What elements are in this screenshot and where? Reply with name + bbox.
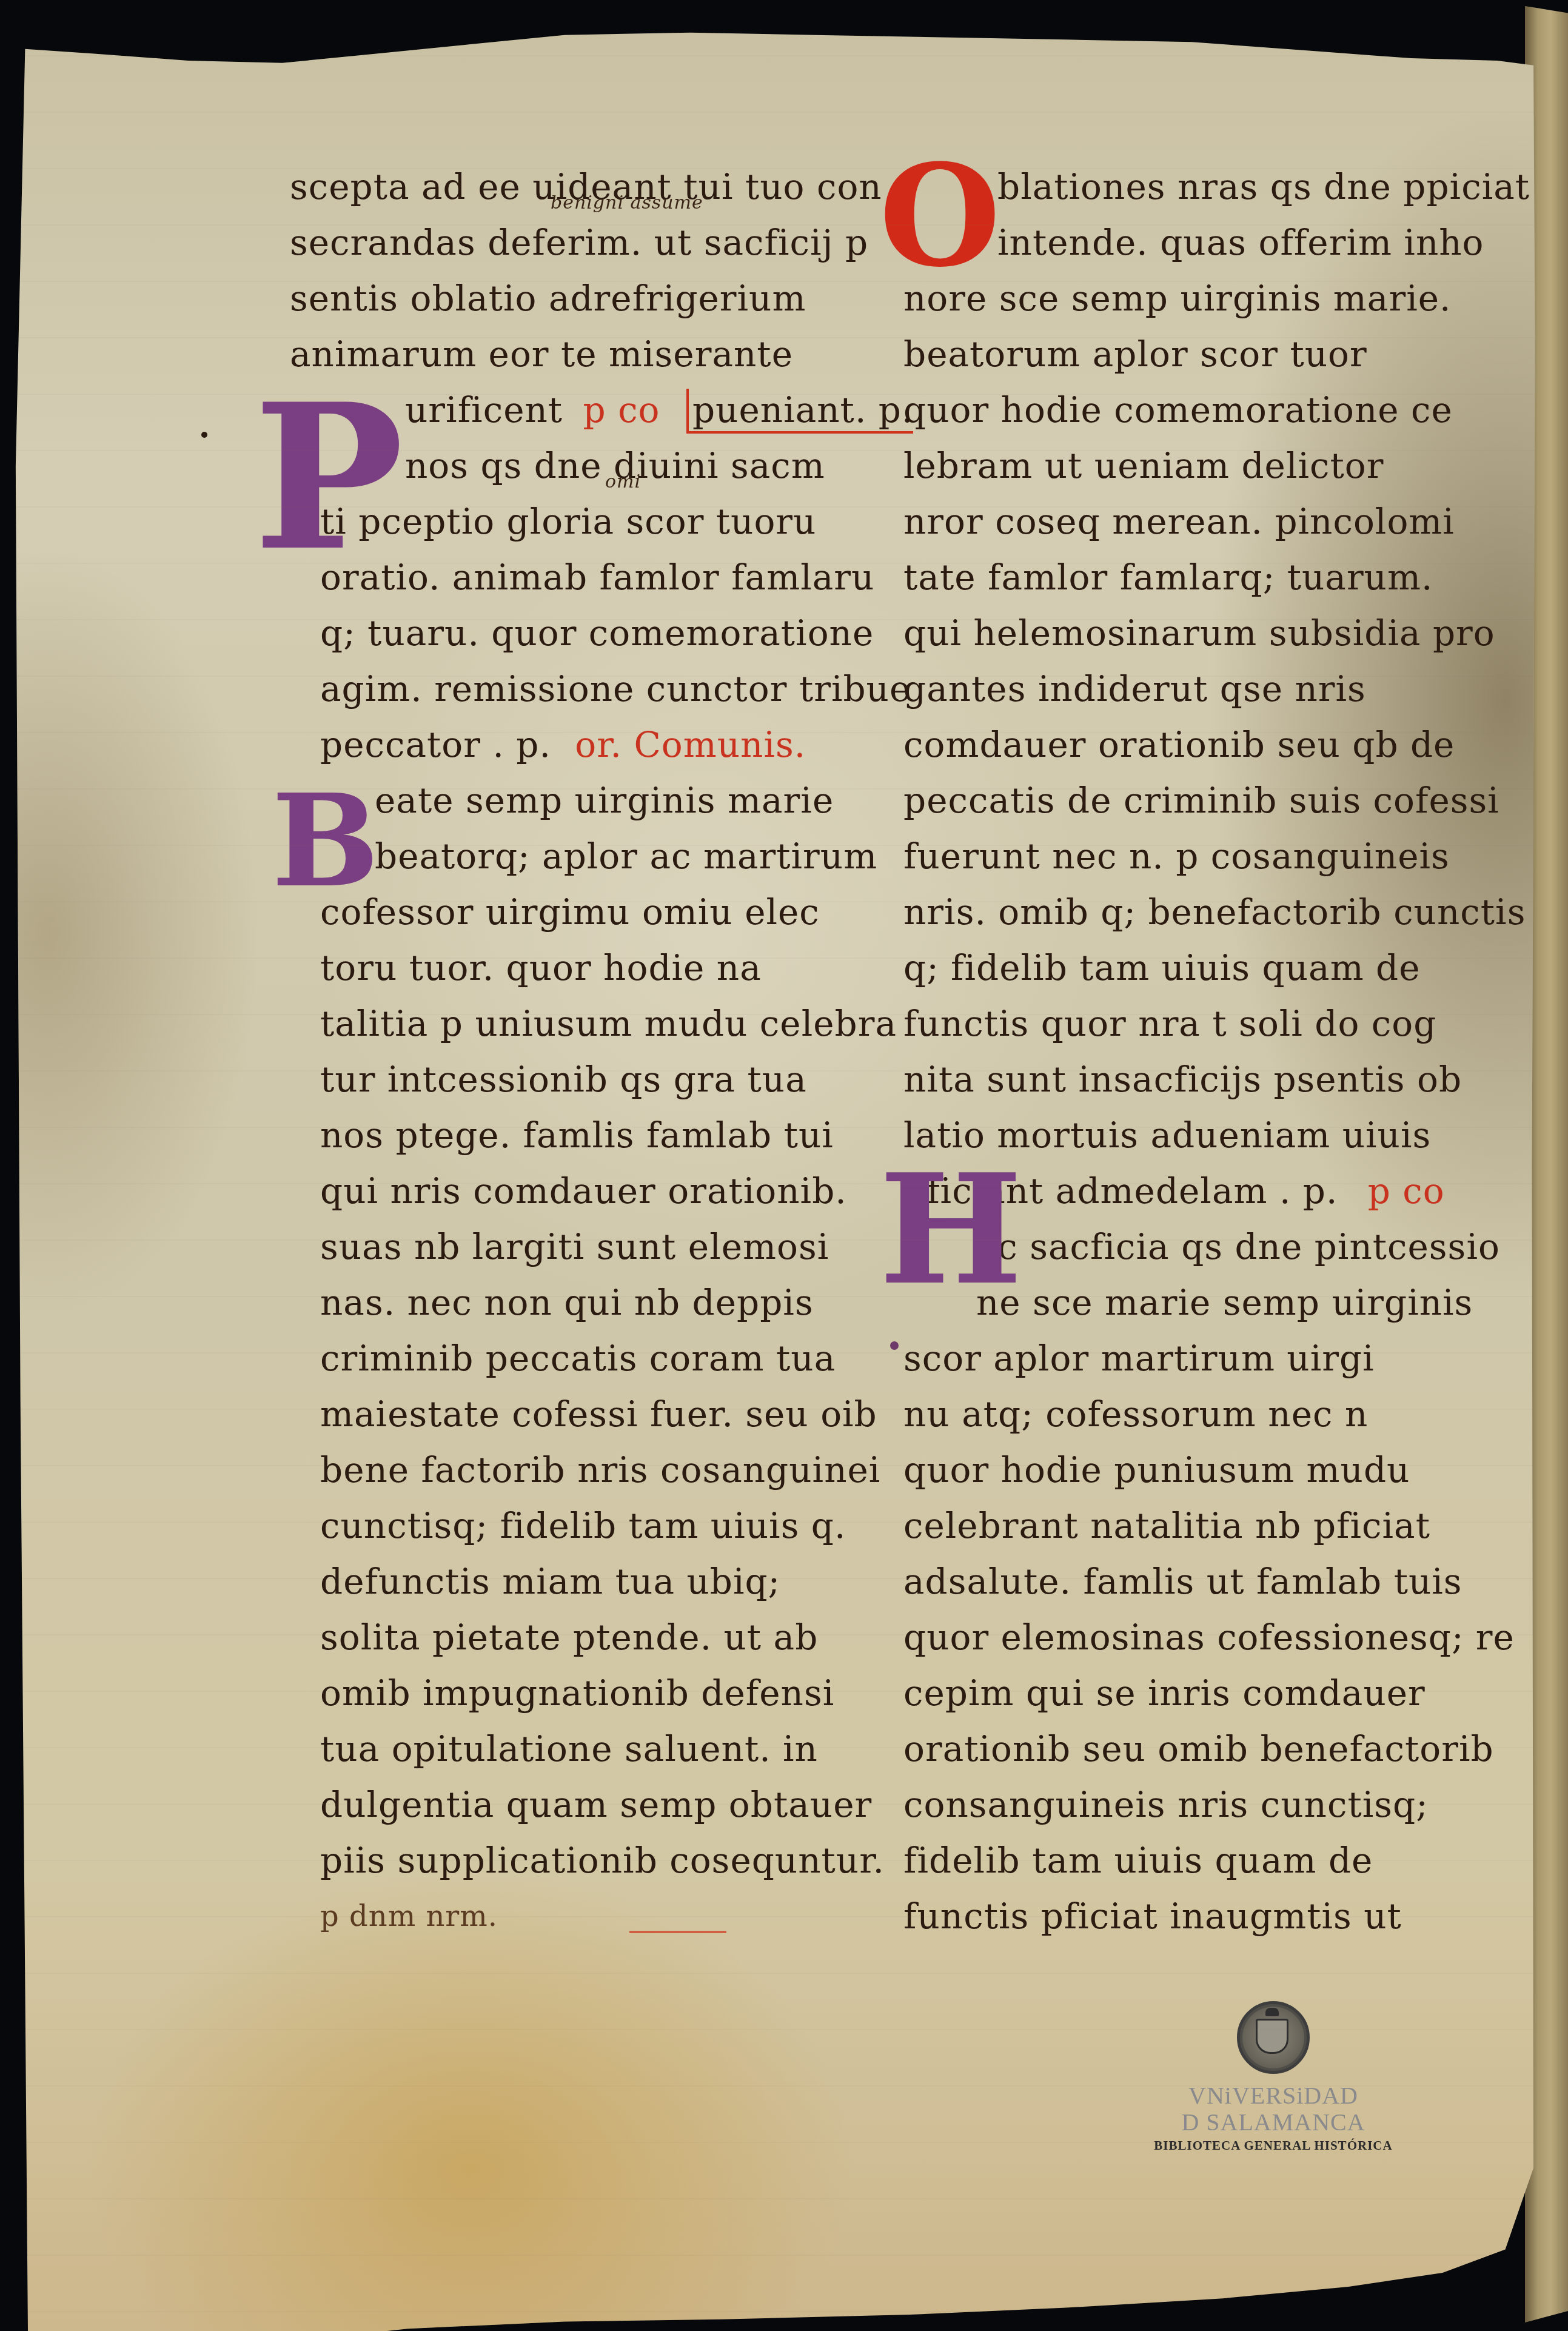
decorated-initial-p: P [253,377,404,577]
text-line: benigni assume secrandas deferim. ut sac… [290,215,848,270]
decorated-initial-b: B [272,777,380,905]
text-line: bene factorib nris cosanguinei [290,1442,848,1498]
text-line: cepim qui se inris comdauer [903,1665,1467,1721]
right-column: blationes nras qs dne ppiciat intende. q… [903,159,1467,1944]
text-line: pficiant admedelam . p. p co [903,1163,1467,1219]
marginal-dot-mark [201,432,207,438]
text-line: tua opitulatione saluent. in [290,1721,848,1777]
text-line: nore sce semp uirginis marie. [903,270,1467,326]
decorated-initial-h: H [879,1153,1023,1305]
rubric-boxed-text: pueniant. p. [686,389,913,434]
university-seal-icon [1237,2001,1310,2074]
text-line: ne sce marie semp uirginis [903,1275,1467,1330]
text-line: peccatis de criminib suis cofessi [903,773,1467,828]
library-watermark: VNiVERSiDAD D SALAMANCA BIBLIOTECA GENER… [1128,2001,1419,2153]
rubric: p co [1368,1163,1445,1219]
text-line: lebram ut ueniam delictor [903,438,1467,494]
marginal-dot-mark [890,1341,899,1350]
text-line: peccator . p. or. Comunis. [290,717,848,773]
parchment-folio: scepta ad ee uideant tui tuo con benigni… [0,0,1568,2331]
text-line: scor aplor martirum uirgi [903,1330,1467,1386]
text-line: scepta ad ee uideant tui tuo con [290,159,848,215]
text-line: quor hodie comemoratione ce [903,382,1467,438]
text-line: dulgentia quam semp obtauer [290,1777,848,1833]
text-line: nos qs dne diuini sacm [290,438,848,494]
text-line: fuerunt nec n. p cosanguineis [903,828,1467,884]
rubric: or. Comunis. [575,717,806,773]
text-line: nas. nec non qui nb deppis [290,1275,848,1330]
text-line: cofessor uirgimu omiu elec [290,884,848,940]
text-line: functis quor nra t soli do cog [903,996,1467,1051]
text-line: fidelib tam uiuis quam de [903,1833,1467,1888]
text-line: urificent p co pueniant. p. [290,382,848,438]
watermark-library: BIBLIOTECA GENERAL HISTÓRICA [1128,2138,1419,2153]
text-line: nu atq; cofessorum nec n [903,1386,1467,1442]
left-column: scepta ad ee uideant tui tuo con benigni… [290,159,848,1944]
text-line: talitia p uniusum mudu celebra [290,996,848,1051]
text-line: solita pietate ptende. ut ab [290,1609,848,1665]
text-line: intende. quas offerim inho [903,215,1467,270]
text-line: orationib seu omib benefactorib [903,1721,1467,1777]
text-line: q; tuaru. quor comemoratione [290,605,848,661]
text-line: cunctisq; fidelib tam uiuis q. [290,1498,848,1554]
text-line: beatorq; aplor ac martirum [290,828,848,884]
text-line: quor hodie puniusum mudu [903,1442,1467,1498]
rubric-flourish [629,1931,726,1933]
text-line: qui helemosinarum subsidia pro [903,605,1467,661]
text-line: oratio. animab famlor famlaru [290,549,848,605]
text-line: animarum eor te miserante [290,326,848,382]
text-line: piis supplicationib cosequntur. [290,1833,848,1888]
text-line: functis pficiat inaugmtis ut [903,1888,1467,1944]
text-line: nita sunt insacficijs psentis ob [903,1051,1467,1107]
text-line: omib impugnationib defensi [290,1665,848,1721]
text-line: nos ptege. famlis famlab tui [290,1107,848,1163]
decorated-initial-o: O [879,147,1001,286]
text-line: q; fidelib tam uiuis quam de [903,940,1467,996]
text-line: suas nb largiti sunt elemosi [290,1219,848,1275]
text-line: toru tuor. quor hodie na [290,940,848,996]
text-line: gantes indiderut qse nris [903,661,1467,717]
text-line: latio mortuis adueniam uiuis [903,1107,1467,1163]
seal-shield-icon [1256,2019,1288,2054]
text-line: p dnm nrm. [290,1888,848,1944]
interlinear-gloss: benigni assume [551,194,703,212]
watermark-university: VNiVERSiDAD [1128,2082,1419,2109]
seal-crown-icon [1265,2008,1279,2016]
text-line: qui nris comdauer orationib. [290,1163,848,1219]
text-line: criminib peccatis coram tua [290,1330,848,1386]
text-line: adsalute. famlis ut famlab tuis [903,1554,1467,1609]
text-line: ec sacficia qs dne pintcessio [903,1219,1467,1275]
text-line: sentis oblatio adrefrigerium [290,270,848,326]
text-line: beatorum aplor scor tuor [903,326,1467,382]
watermark-city: D SALAMANCA [1128,2109,1419,2136]
text-line: quor elemosinas cofessionesq; re [903,1609,1467,1665]
text-line: tate famlor famlarq; tuarum. [903,549,1467,605]
text-line: consanguineis nris cunctisq; [903,1777,1467,1833]
rubric: p co [583,382,660,438]
text-line: celebrant natalitia nb pficiat [903,1498,1467,1554]
text-line: omi ti pceptio gloria scor tuoru [290,494,848,549]
text-line: comdauer orationib seu qb de [903,717,1467,773]
interlinear-gloss: omi [605,473,641,491]
text-line: agim. remissione cunctor tribue [290,661,848,717]
text-line: maiestate cofessi fuer. seu oib [290,1386,848,1442]
text-line: eate semp uirginis marie [290,773,848,828]
text-line: blationes nras qs dne ppiciat [903,159,1467,215]
text-line: nror coseq merean. pincolomi [903,494,1467,549]
text-line: nris. omib q; benefactorib cunctis [903,884,1467,940]
text-line: tur intcessionib qs gra tua [290,1051,848,1107]
text-line: defunctis miam tua ubiq; [290,1554,848,1609]
